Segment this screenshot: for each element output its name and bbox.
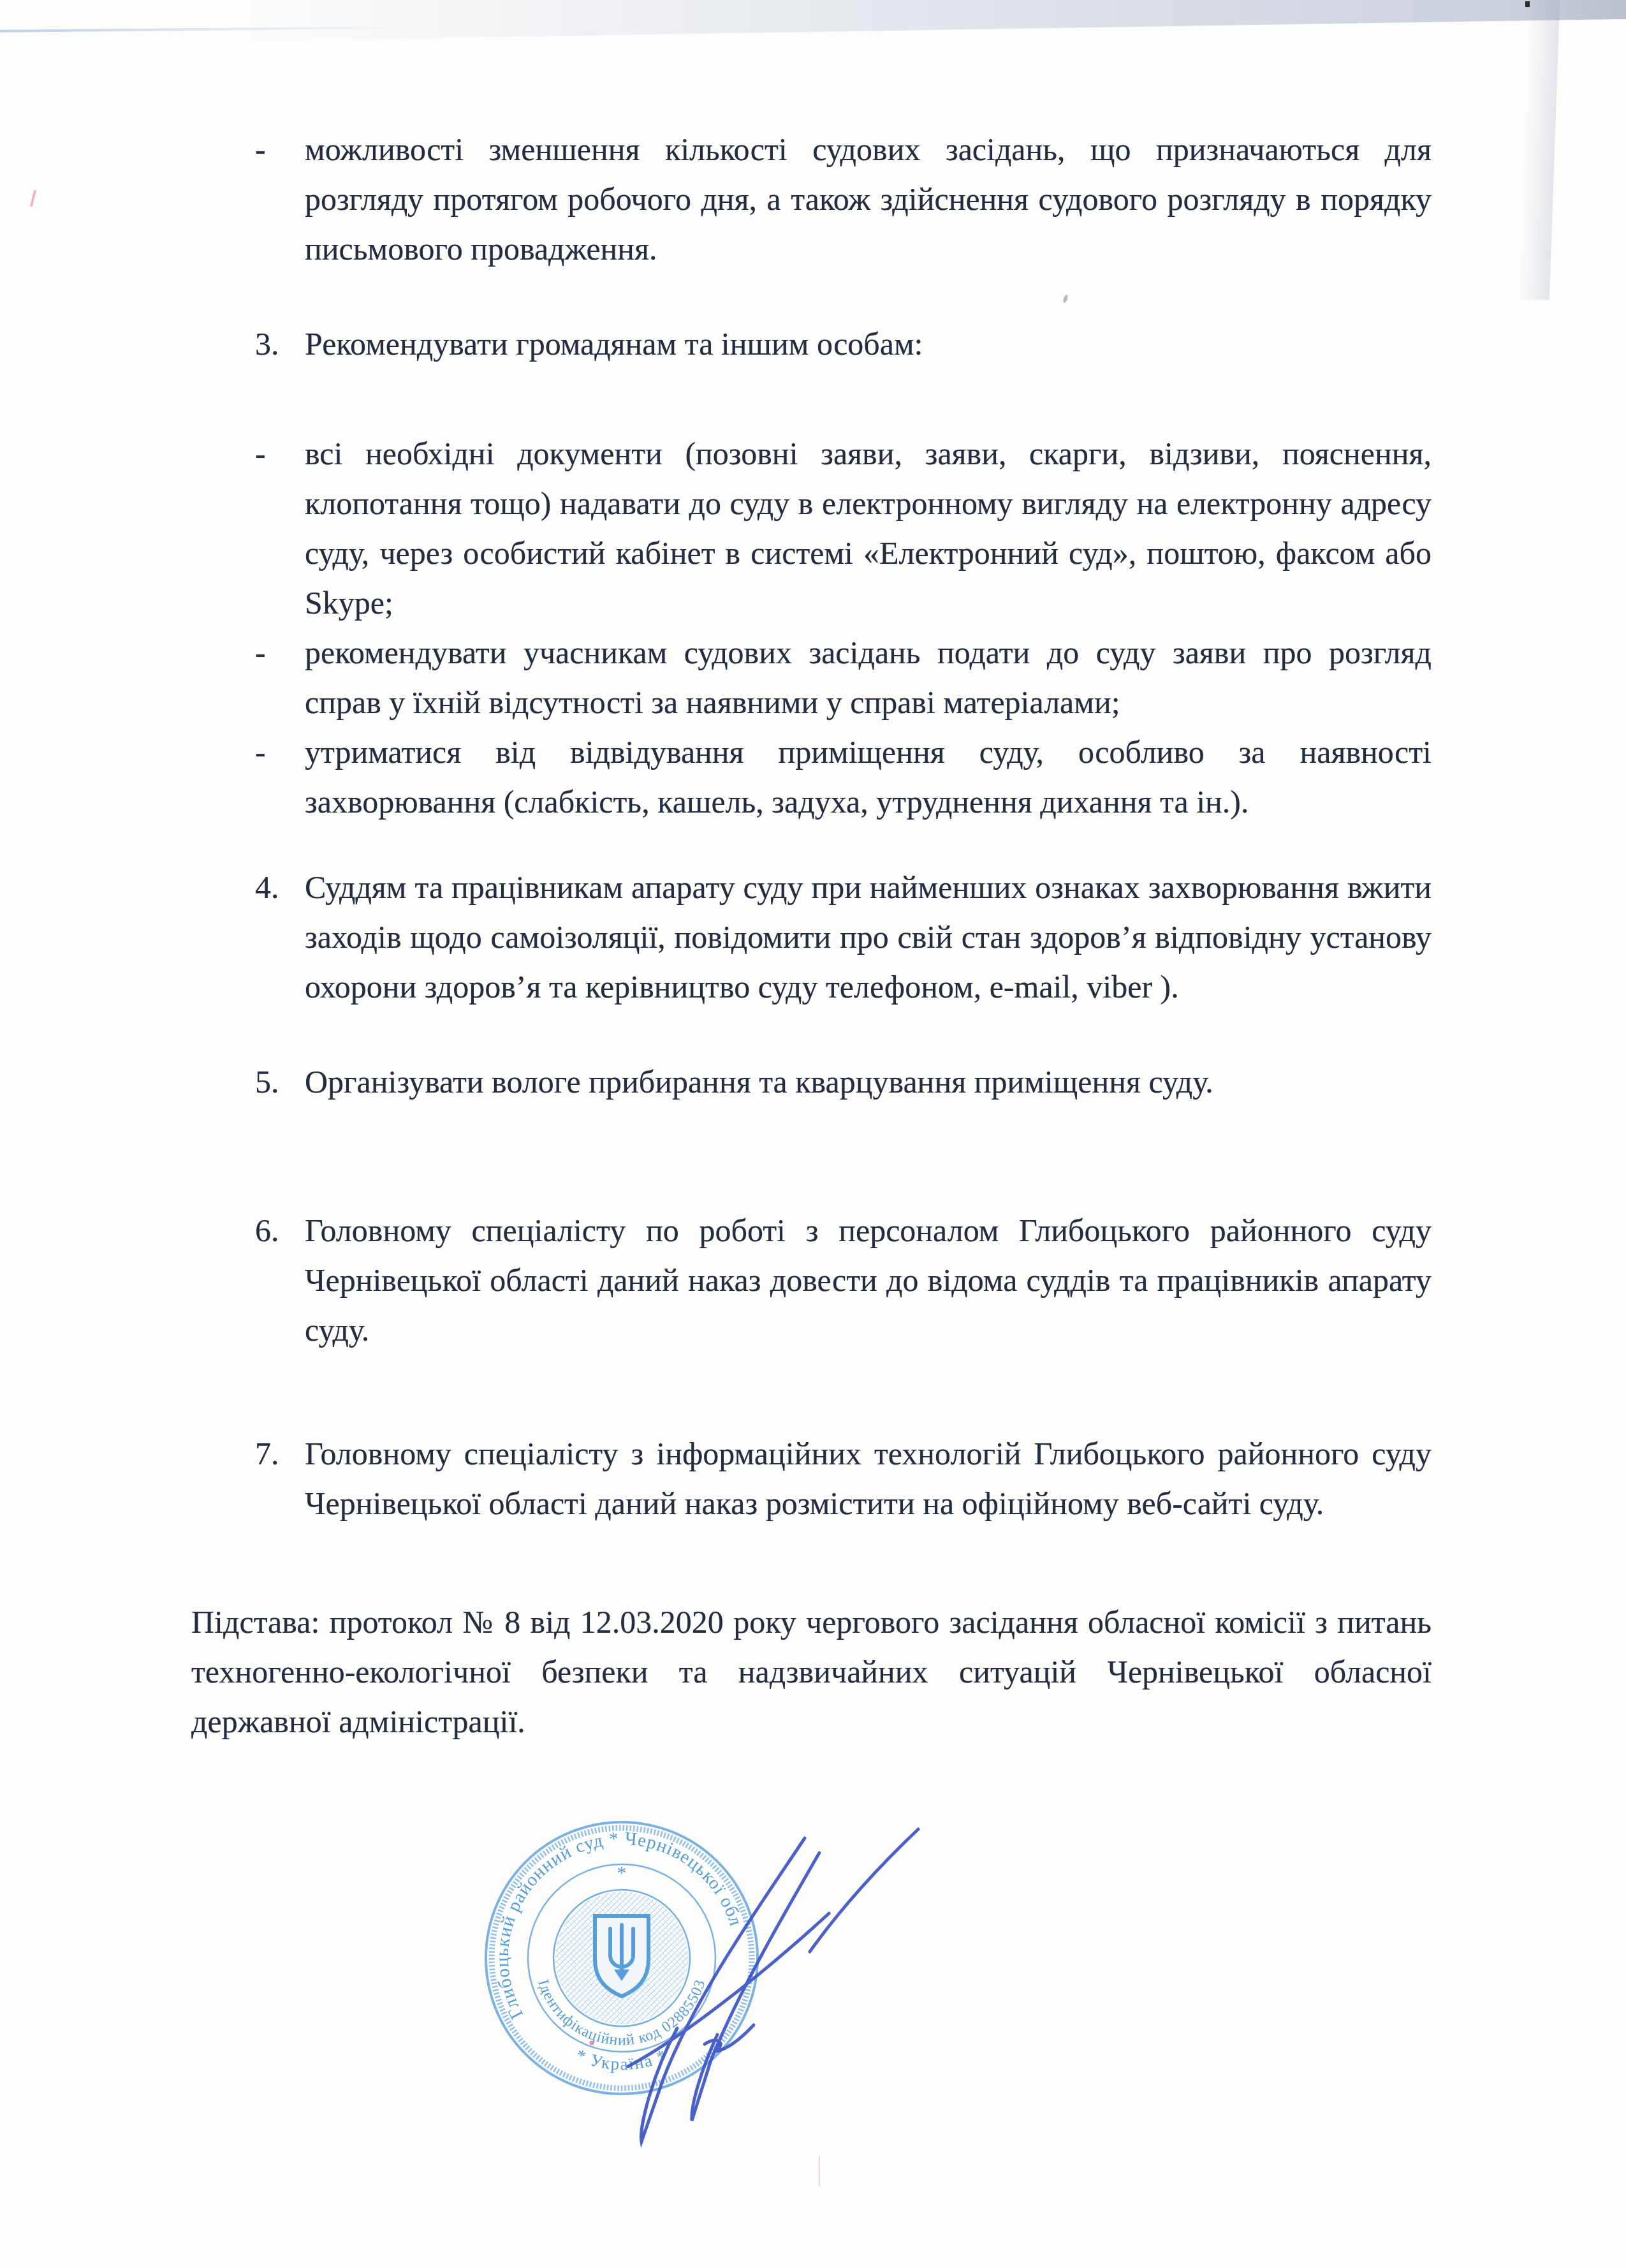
list-item: 4. Суддям та працівникам апарату суду пр… bbox=[191, 862, 1432, 1012]
scan-corner-speck bbox=[1525, 1, 1530, 7]
scan-edge-shadow-right bbox=[1518, 0, 1560, 300]
item-text: Організувати вологе прибирання та кварцу… bbox=[305, 1064, 1213, 1100]
list-item: 5. Організувати вологе прибирання та ква… bbox=[191, 1057, 1432, 1107]
list-item: - всі необхідні документи (позовні заяви… bbox=[191, 429, 1432, 628]
item-text: можливості зменшення кількості судових з… bbox=[305, 131, 1432, 267]
stamp-red-dot bbox=[590, 2041, 594, 2045]
item-text: утриматися від відвідування приміщення с… bbox=[305, 734, 1432, 820]
item-marker: 3. bbox=[255, 319, 279, 369]
item-text: Головному спеціалісту з інформаційних те… bbox=[305, 1436, 1432, 1521]
item-marker: - bbox=[255, 124, 266, 174]
list-item: - утриматися від відвідування приміщення… bbox=[191, 727, 1432, 827]
item-text: Суддям та працівникам апарату суду при н… bbox=[305, 869, 1432, 1005]
list-item: 3. Рекомендувати громадянам та іншим осо… bbox=[191, 319, 1432, 369]
item-marker: 4. bbox=[255, 862, 279, 912]
scan-pink-mark bbox=[30, 190, 36, 207]
scan-edge-shadow-top bbox=[0, 0, 1626, 45]
scanned-court-order-page: - можливості зменшення кількості судових… bbox=[0, 0, 1626, 2268]
item-text: Головному спеціалісту по роботі з персон… bbox=[305, 1212, 1432, 1348]
item-marker: 5. bbox=[255, 1057, 279, 1107]
list-item: - рекомендувати учасникам судових засіда… bbox=[191, 628, 1432, 727]
item-marker: - bbox=[255, 727, 266, 777]
document-body: - можливості зменшення кількості судових… bbox=[191, 124, 1432, 1746]
item-text: рекомендувати учасникам судових засідань… bbox=[305, 635, 1432, 720]
list-item: - можливості зменшення кількості судових… bbox=[191, 124, 1432, 274]
list-item: 6. Головному спеціалісту по роботі з пер… bbox=[191, 1205, 1432, 1355]
item-marker: - bbox=[255, 429, 266, 478]
item-text: всі необхідні документи (позовні заяви, … bbox=[305, 436, 1432, 621]
item-marker: - bbox=[255, 628, 266, 677]
pen-signature bbox=[574, 1805, 956, 2175]
item-marker: 6. bbox=[255, 1205, 279, 1255]
basis-paragraph: Підстава: протокол № 8 від 12.03.2020 ро… bbox=[191, 1597, 1432, 1746]
list-item: 7. Головному спеціалісту з інформаційних… bbox=[191, 1429, 1432, 1528]
item-marker: 7. bbox=[255, 1429, 279, 1478]
item-text: Рекомендувати громадянам та іншим особам… bbox=[305, 326, 923, 362]
